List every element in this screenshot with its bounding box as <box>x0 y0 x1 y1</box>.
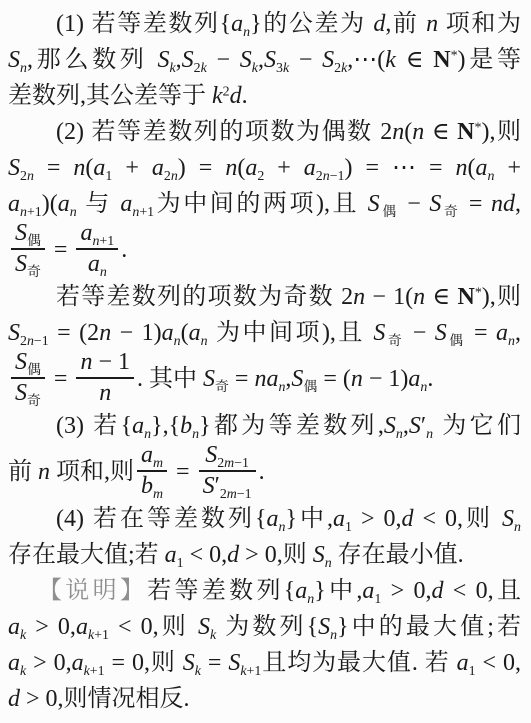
text-line-11: (3) 若{an},{bn}都为等差数列,Sn,S′n 为它们 <box>8 408 521 444</box>
fraction-denominator: an <box>76 250 118 277</box>
text-line-6: an+1)(an 与 an+1为中间的两项),且 S偶 − S奇 = nd, <box>8 186 521 222</box>
text-line-7: S偶S奇 = an+1an. <box>8 222 521 279</box>
fraction-numerator: an+1 <box>76 221 118 250</box>
fraction-numerator: n − 1 <box>76 350 134 379</box>
text-line-16: ak > 0,ak+1 < 0,则 Sk 为数列{Sn}中的最大值;若 <box>8 609 521 645</box>
fraction-denominator: S′2m−1 <box>199 472 256 499</box>
fraction: n − 1n <box>76 350 134 406</box>
fraction: S偶S奇 <box>11 221 45 277</box>
text-line-15: 【说明】若等差数列{an}中,a1 > 0,d < 0,且 <box>8 573 521 609</box>
text-line-8: 若等差数列的项数为奇数 2n − 1(n ∈ N*),则 <box>8 279 521 315</box>
text-line-2: Sn,那么数列 Sk,S2k − Sk,S3k − S2k,⋯(k ∈ N*)是… <box>8 42 521 78</box>
text-line-18: d > 0,则情况相反. <box>8 681 521 717</box>
fraction: S偶S奇 <box>11 350 45 406</box>
fraction: S2m−1S′2m−1 <box>199 443 256 499</box>
fraction-numerator: S2m−1 <box>199 443 256 472</box>
text-line-9: S2n−1 = (2n − 1)an(an 为中间项),且 S奇 − S偶 = … <box>8 315 521 351</box>
fraction-denominator: S奇 <box>11 250 45 277</box>
text-line-3: 差数列,其公差等于 k2d. <box>8 78 521 114</box>
text-line-4: (2) 若等差数列的项数为偶数 2n(n ∈ N*),则 <box>8 114 521 150</box>
fraction: an+1an <box>76 221 118 277</box>
fraction-numerator: S偶 <box>11 350 45 379</box>
text-line-1: (1) 若等差数列{an}的公差为 d,前 n 项和为 <box>8 6 521 42</box>
textbook-page: (1) 若等差数列{an}的公差为 d,前 n 项和为Sn,那么数列 Sk,S2… <box>0 0 531 723</box>
note-label: 【说明】 <box>38 578 147 604</box>
fraction: ambm <box>137 443 167 499</box>
fraction-numerator: am <box>137 443 167 472</box>
text-line-10: S偶S奇 = n − 1n. 其中 S奇 = nan,S偶 = (n − 1)a… <box>8 351 521 408</box>
text-line-5: S2n = n(a1 + a2n) = n(a2 + a2n−1) = ⋯ = … <box>8 150 521 186</box>
fraction-denominator: n <box>76 379 134 406</box>
text-line-13: (4) 若在等差数列{an}中,a1 > 0,d < 0,则 Sn <box>8 501 521 537</box>
fraction-denominator: bm <box>137 472 167 499</box>
fraction-numerator: S偶 <box>11 221 45 250</box>
fraction-denominator: S奇 <box>11 379 45 406</box>
text-line-12: 前 n 项和,则ambm = S2m−1S′2m−1. <box>8 444 521 501</box>
math-notes-content: (1) 若等差数列{an}的公差为 d,前 n 项和为Sn,那么数列 Sk,S2… <box>8 6 521 717</box>
text-line-14: 存在最大值;若 a1 < 0,d > 0,则 Sn 存在最小值. <box>8 537 521 573</box>
text-line-17: ak > 0,ak+1 = 0,则 Sk = Sk+1且均为最大值. 若 a1 … <box>8 645 521 681</box>
